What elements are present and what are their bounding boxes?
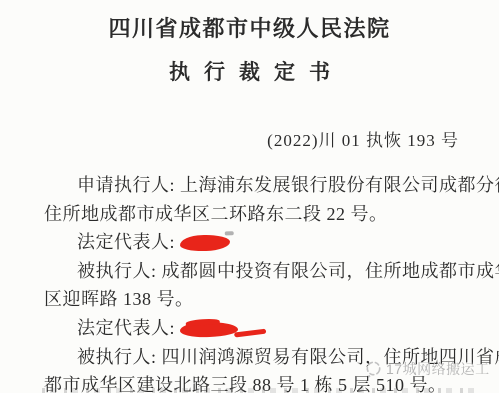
watermark-text: 17城网络搬运工 <box>386 359 490 379</box>
cropped-next-text-line <box>42 388 475 393</box>
applicant-address-line: 住所地成都市成华区二环路东二段 22 号。 <box>44 200 496 229</box>
respondent-address-line-1: 区迎晖路 138 号。 <box>44 285 496 314</box>
watermark: 17城网络搬运工 <box>364 359 490 379</box>
legal-representative-line-1: 法定代表人: <box>44 228 496 257</box>
court-ruling-document: 四川省成都市中级人民法院 执行裁定书 (2022)川 01 执恢 193 号 申… <box>0 0 499 393</box>
legal-representative-line-2: 法定代表人: <box>44 314 496 343</box>
legal-representative-label-1: 法定代表人: <box>77 232 180 252</box>
redacted-name-marker-2 <box>180 321 238 338</box>
applicant-line: 申请执行人: 上海浦东发展银行股份有限公司成都分行， <box>44 171 496 200</box>
respondent-line-1: 被执行人: 成都圆中投资有限公司，住所地成都市成华 <box>44 257 496 286</box>
document-type-heading: 执行裁定书 <box>0 56 499 86</box>
legal-representative-label-2: 法定代表人: <box>77 318 180 338</box>
court-name-heading: 四川省成都市中级人民法院 <box>0 0 499 43</box>
sun-swirl-icon <box>364 360 383 379</box>
redacted-name-marker-1 <box>180 235 230 252</box>
case-number: (2022)川 01 执恢 193 号 <box>267 126 459 151</box>
